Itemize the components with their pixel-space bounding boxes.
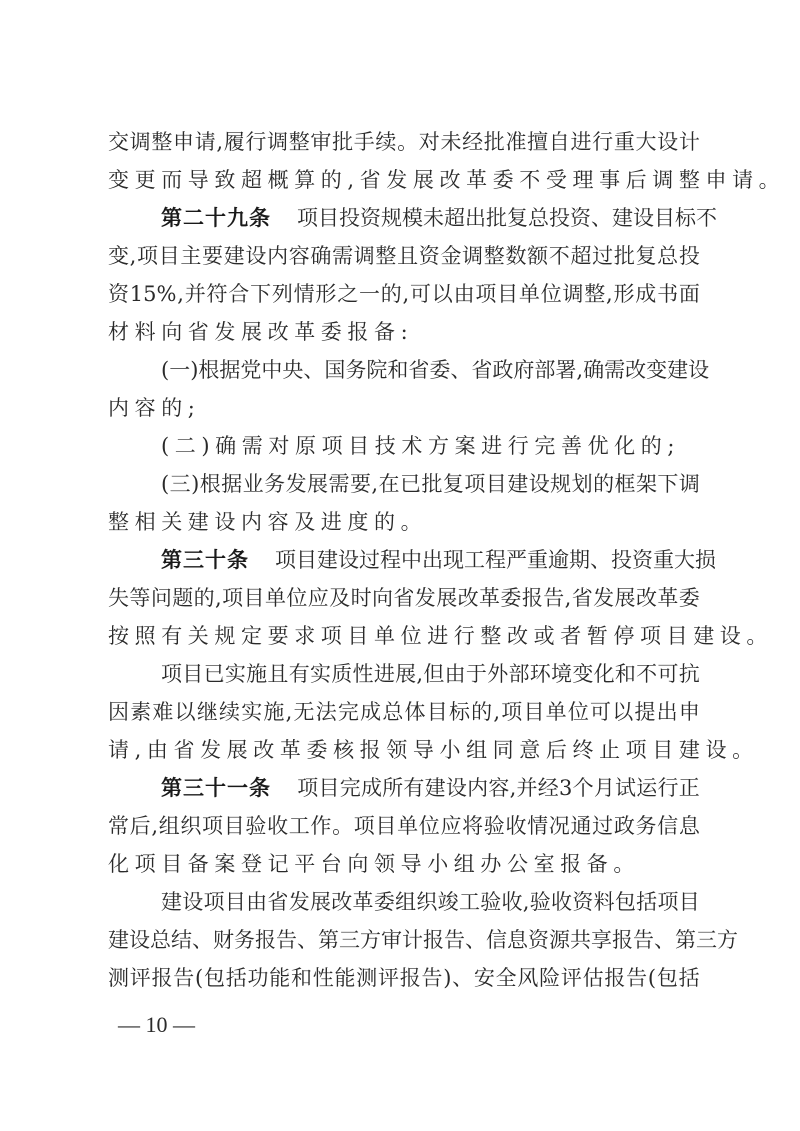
- text-line: (一)根据党中央、国务院和省委、省政府部署,确需改变建设: [108, 351, 700, 389]
- text-line: 失等问题的,项目单位应及时向省发展改革委报告,省发展改革委: [108, 579, 700, 617]
- paragraph-item-3: (三)根据业务发展需要,在已批复项目建设规划的框架下调整相关建设内容及进度的。: [108, 465, 700, 541]
- text-line: 按照有关规定要求项目单位进行整改或者暂停项目建设。: [108, 617, 700, 655]
- text-line: 测评报告(包括功能和性能测评报告)、安全风险评估报告(包括: [108, 959, 700, 997]
- line-text: 变更而导致超概算的,省发展改革委不受理事后调整申请。: [108, 161, 785, 199]
- text-line: 变更而导致超概算的,省发展改革委不受理事后调整申请。: [108, 161, 700, 199]
- text-line: 内容的;: [108, 389, 700, 427]
- paragraph-article-30: 第三十条项目建设过程中出现工程严重逾期、投资重大损失等问题的,项目单位应及时向省…: [108, 541, 700, 655]
- text-line: 材料向省发展改革委报备:: [108, 313, 700, 351]
- text-line: 第三十一条项目完成所有建设内容,并经3个月试运行正: [108, 769, 700, 807]
- page-number: — 10 —: [118, 1012, 195, 1038]
- paragraph-article-29: 第二十九条项目投资规模未超出批复总投资、建设目标不变,项目主要建设内容确需调整且…: [108, 199, 700, 351]
- text-line: 变,项目主要建设内容确需调整且资金调整数额不超过批复总投: [108, 237, 700, 275]
- text-line: 请,由省发展改革委核报领导小组同意后终止项目建设。: [108, 731, 700, 769]
- text-line: (三)根据业务发展需要,在已批复项目建设规划的框架下调: [108, 465, 700, 503]
- article-title: 第二十九条: [161, 199, 271, 237]
- text-line: 常后,组织项目验收工作。项目单位应将验收情况通过政务信息: [108, 807, 700, 845]
- paragraph-p-continuation: 交调整申请,履行调整审批手续。对未经批准擅自进行重大设计变更而导致超概算的,省发…: [108, 123, 700, 199]
- text-line: 第二十九条项目投资规模未超出批复总投资、建设目标不: [108, 199, 700, 237]
- line-text: 化项目备案登记平台向领导小组办公室报备。: [108, 845, 640, 883]
- paragraph-item-2: (二)确需对原项目技术方案进行完善优化的;: [108, 427, 700, 465]
- paragraph-article-31-para-2: 建设项目由省发展改革委组织竣工验收,验收资料包括项目建设总结、财务报告、第三方审…: [108, 883, 700, 997]
- text-line: 建设总结、财务报告、第三方审计报告、信息资源共享报告、第三方: [108, 921, 700, 959]
- line-text: 内容的;: [108, 389, 200, 427]
- line-text: 材料向省发展改革委报备:: [108, 313, 413, 351]
- text-line: 交调整申请,履行调整审批手续。对未经批准擅自进行重大设计: [108, 123, 700, 161]
- text-line: 化项目备案登记平台向领导小组办公室报备。: [108, 845, 700, 883]
- paragraph-item-1: (一)根据党中央、国务院和省委、省政府部署,确需改变建设内容的;: [108, 351, 700, 427]
- text-line: (二)确需对原项目技术方案进行完善优化的;: [108, 427, 700, 465]
- line-text: 整相关建设内容及进度的。: [108, 503, 427, 541]
- text-line: 资15%,并符合下列情形之一的,可以由项目单位调整,形成书面: [108, 275, 700, 313]
- paragraph-article-30-para-2: 项目已实施且有实质性进展,但由于外部环境变化和不可抗因素难以继续实施,无法完成总…: [108, 655, 700, 769]
- paragraph-article-31: 第三十一条项目完成所有建设内容,并经3个月试运行正常后,组织项目验收工作。项目单…: [108, 769, 700, 883]
- text-line: 项目已实施且有实质性进展,但由于外部环境变化和不可抗: [108, 655, 700, 693]
- line-text: 按照有关规定要求项目单位进行整改或者暂停项目建设。: [108, 617, 773, 655]
- document-body: 交调整申请,履行调整审批手续。对未经批准擅自进行重大设计变更而导致超概算的,省发…: [108, 123, 700, 997]
- article-title: 第三十条: [161, 541, 249, 579]
- line-text: (二)确需对原项目技术方案进行完善优化的;: [161, 427, 680, 465]
- text-line: 第三十条项目建设过程中出现工程严重逾期、投资重大损: [108, 541, 700, 579]
- line-text: 请,由省发展改革委核报领导小组同意后终止项目建设。: [108, 731, 759, 769]
- text-line: 整相关建设内容及进度的。: [108, 503, 700, 541]
- article-title: 第三十一条: [161, 769, 271, 807]
- text-line: 建设项目由省发展改革委组织竣工验收,验收资料包括项目: [108, 883, 700, 921]
- text-line: 因素难以继续实施,无法完成总体目标的,项目单位可以提出申: [108, 693, 700, 731]
